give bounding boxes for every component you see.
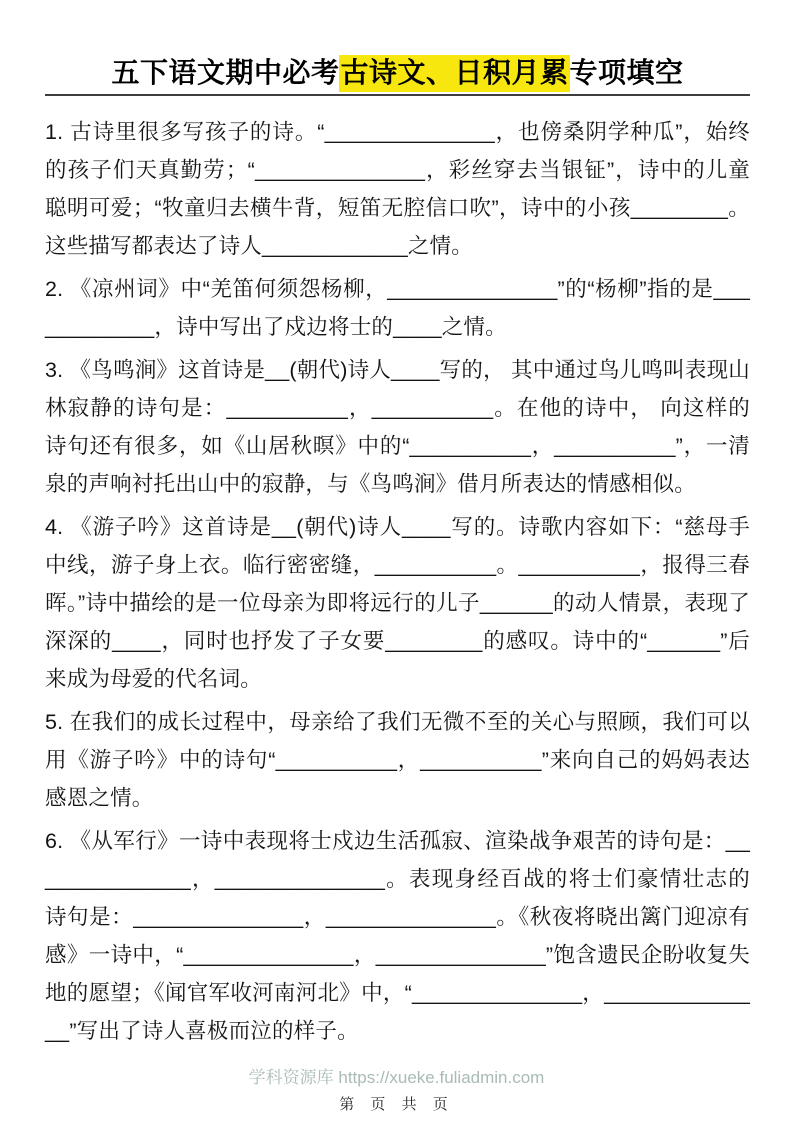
page-footer: 学科资源库 https://xueke.fuliadmin.com 第 页 共 … (0, 1068, 793, 1113)
question-2: 2. 《凉州词》中“羌笛何须怨杨柳，______________”的“杨柳”指的… (45, 270, 750, 346)
question-4: 4. 《游子吟》这首诗是__(朝代)诗人____写的。诗歌内容如下：“慈母手中线… (45, 508, 750, 698)
worksheet-page: 五下语文期中必考古诗文、日积月累专项填空 1. 古诗里很多写孩子的诗。“____… (0, 0, 793, 1121)
question-list: 1. 古诗里很多写孩子的诗。“______________，也傍桑阴学种瓜”，始… (45, 113, 750, 1050)
question-3: 3. 《鸟鸣涧》这首诗是__(朝代)诗人____写的， 其中通过鸟儿鸣叫表现山林… (45, 351, 750, 503)
title-text-pre: 五下语文期中必考 (111, 57, 339, 88)
question-1: 1. 古诗里很多写孩子的诗。“______________，也傍桑阴学种瓜”，始… (45, 113, 750, 265)
question-5: 5. 在我们的成长过程中，母亲给了我们无微不至的关心与照顾，我们可以用《游子吟》… (45, 703, 750, 817)
page-title: 五下语文期中必考古诗文、日积月累专项填空 (45, 56, 750, 90)
footer-page-label: 第 页 共 页 (0, 1096, 793, 1113)
title-highlight: 古诗文、日积月累 (339, 55, 569, 92)
title-text-post: 专项填空 (570, 57, 684, 88)
question-6: 6. 《从军行》一诗中表现将士戍边生活孤寂、渲染战争艰苦的诗句是：_______… (45, 822, 750, 1050)
footer-source-link[interactable]: 学科资源库 https://xueke.fuliadmin.com (0, 1068, 793, 1088)
title-divider (45, 94, 750, 96)
